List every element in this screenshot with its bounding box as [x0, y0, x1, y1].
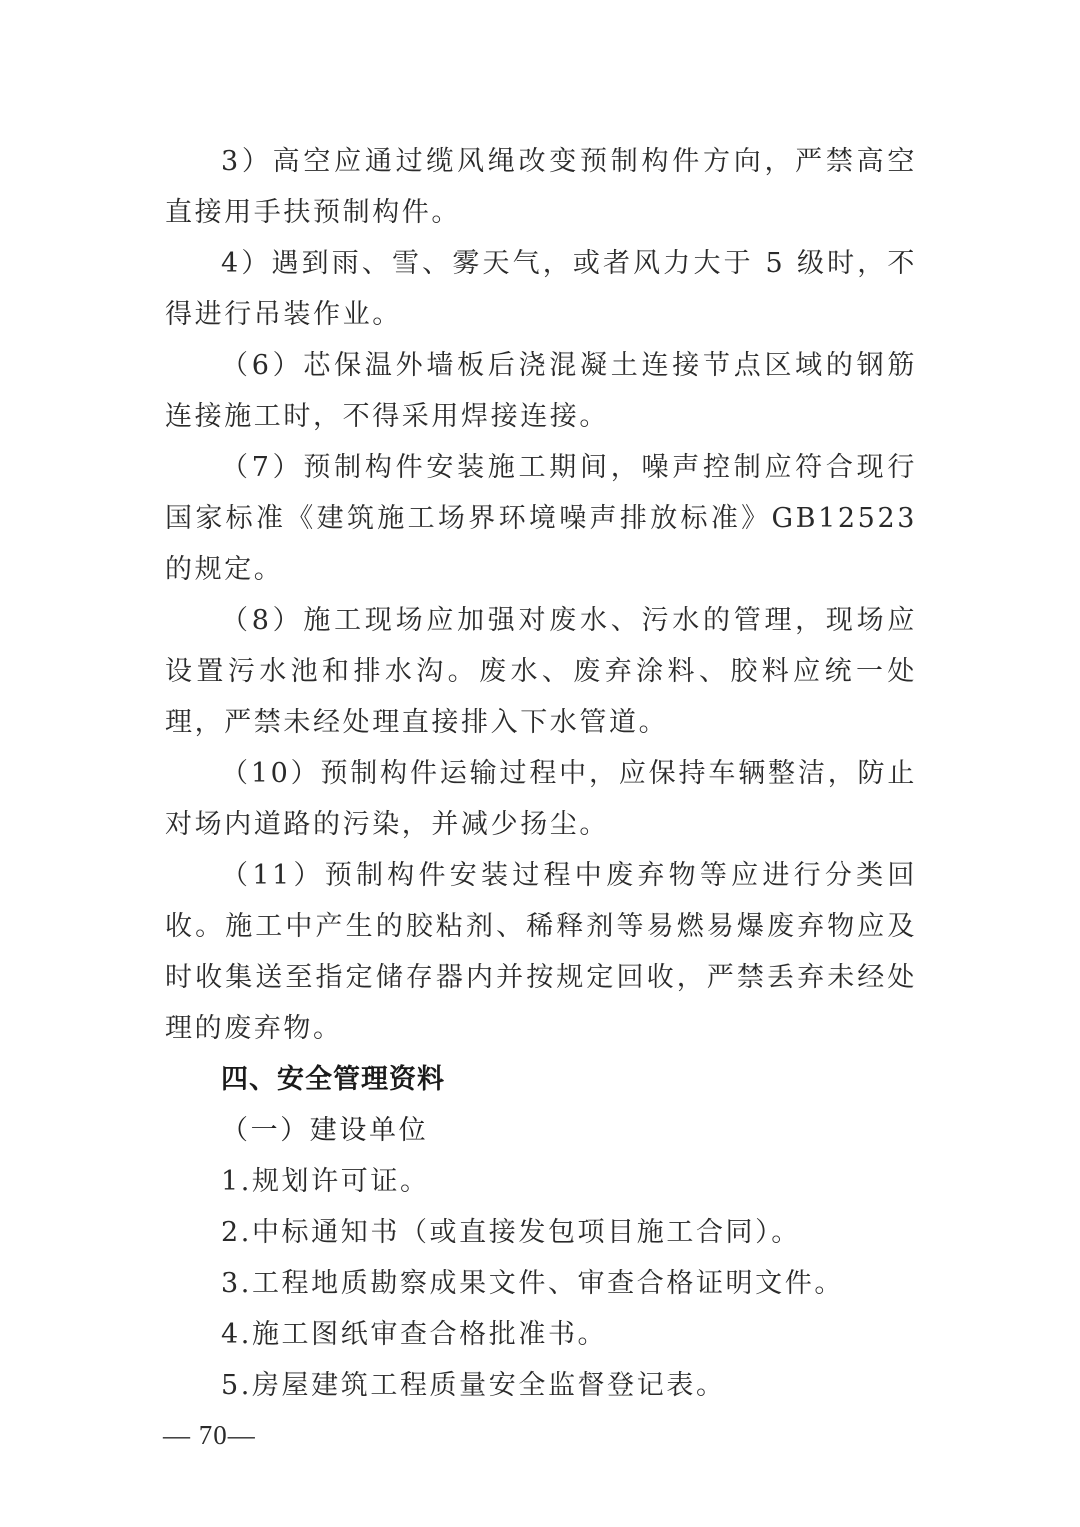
page-content: 3）高空应通过缆风绳改变预制构件方向，严禁高空直接用手扶预制构件。 4）遇到雨、… — [165, 136, 917, 1411]
page-number: — 70— — [163, 1420, 256, 1451]
list-item: 5.房屋建筑工程质量安全监督登记表。 — [165, 1360, 917, 1411]
paragraph-item-10: （10）预制构件运输过程中，应保持车辆整洁，防止对场内道路的污染，并减少扬尘。 — [165, 748, 917, 850]
paragraph-item-7: （7）预制构件安装施工期间，噪声控制应符合现行国家标准《建筑施工场界环境噪声排放… — [165, 442, 917, 595]
document-page: 3）高空应通过缆风绳改变预制构件方向，严禁高空直接用手扶预制构件。 4）遇到雨、… — [0, 0, 1080, 1527]
subsection-heading: （一）建设单位 — [165, 1105, 917, 1156]
paragraph-item-6: （6）芯保温外墙板后浇混凝土连接节点区域的钢筋连接施工时，不得采用焊接连接。 — [165, 340, 917, 442]
paragraph-item-8: （8）施工现场应加强对废水、污水的管理，现场应设置污水池和排水沟。废水、废弃涂料… — [165, 595, 917, 748]
list-item: 2.中标通知书（或直接发包项目施工合同）。 — [165, 1207, 917, 1258]
list-item: 4.施工图纸审查合格批准书。 — [165, 1309, 917, 1360]
paragraph-item-11: （11）预制构件安装过程中废弃物等应进行分类回收。施工中产生的胶粘剂、稀释剂等易… — [165, 850, 917, 1054]
section-heading: 四、安全管理资料 — [165, 1054, 917, 1105]
paragraph-item-4: 4）遇到雨、雪、雾天气，或者风力大于 5 级时，不得进行吊装作业。 — [165, 238, 917, 340]
list-item: 3.工程地质勘察成果文件、审查合格证明文件。 — [165, 1258, 917, 1309]
list-item: 1.规划许可证。 — [165, 1156, 917, 1207]
paragraph-item-3: 3）高空应通过缆风绳改变预制构件方向，严禁高空直接用手扶预制构件。 — [165, 136, 917, 238]
